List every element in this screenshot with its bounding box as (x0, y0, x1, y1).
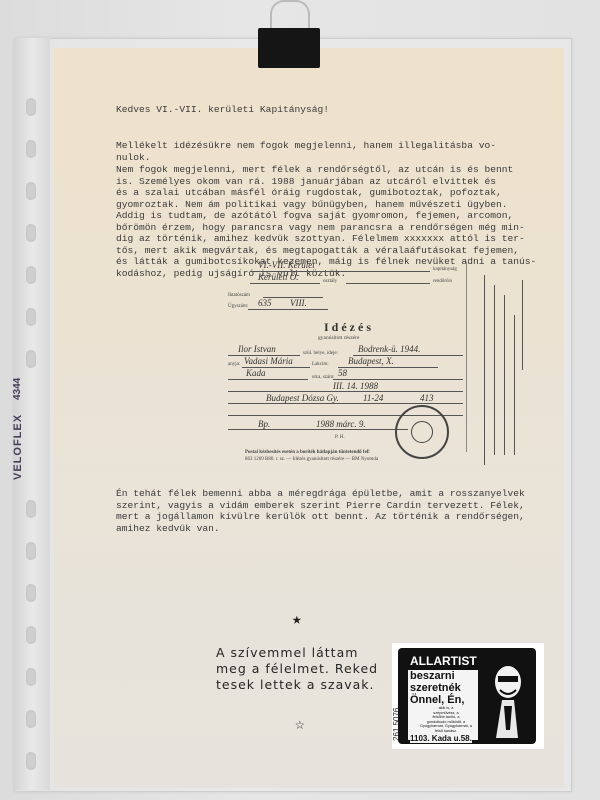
sticker-address: 1103. Kada u.58. (410, 734, 472, 743)
date-field: III. 14. 1988 (333, 381, 378, 391)
allartist-sticker: ALLARTIST beszarni szeretnék Önnel, Én, … (392, 643, 544, 749)
binder-clip (258, 28, 320, 68)
mother-field: Vadasi Mária (244, 356, 293, 366)
sleeve-brand: VELOFLEX (12, 414, 24, 480)
sticker-small-text: akik is, a szépművész, a felsőbb tanító,… (420, 706, 472, 734)
street-field: Kada (246, 368, 266, 378)
label-kapitanysag: kapitányság (433, 267, 457, 272)
house-number: 58 (338, 368, 347, 378)
birth-field: Bodrenk-ü. 1944. (358, 344, 420, 354)
room-field: 413 (420, 393, 434, 403)
filled-star-icon: ★ (292, 612, 302, 628)
letter-paragraph-3: Én tehát félek bemenni abba a méregdrága… (116, 488, 525, 534)
form-header-handwritten-2: Kerületi Ő. (258, 272, 299, 282)
perforation-line (466, 262, 467, 452)
punch-hole (26, 98, 36, 116)
poem-text: A szívemmel láttam meg a félelmet. Reked… (216, 645, 378, 693)
punch-hole (26, 542, 36, 560)
form-subtitle: gyanúsított részére (318, 335, 359, 341)
official-stamp (395, 405, 449, 459)
punch-hole (26, 710, 36, 728)
ugyszam-value: 635 (258, 298, 272, 308)
punch-hole (26, 584, 36, 602)
punch-hole (26, 182, 36, 200)
punch-hole (26, 350, 36, 368)
form-side-strip (478, 275, 528, 465)
punch-hole (26, 266, 36, 284)
form-footer-2: 863 1269 B80. r. sz. — Idézés gyanúsítot… (245, 457, 378, 462)
form-header-handwritten-1: VI.-VII. Kerület (258, 260, 315, 270)
sticker-headline: beszarni szeretnék Önnel, Én, (410, 670, 464, 706)
label-rendorors: rendőrőrs (433, 279, 452, 284)
portrait-illustration-icon (484, 660, 532, 740)
punch-hole (26, 140, 36, 158)
form-footer-1: Postai kézbesítés esetén a boríték hátla… (245, 450, 370, 455)
outline-star-icon: ☆ (295, 717, 305, 733)
label-osztaly: osztály (323, 279, 337, 284)
punch-hole (26, 224, 36, 242)
city-label: Lakcím: (312, 362, 329, 367)
punch-hole (26, 500, 36, 518)
letter-paragraph-1: Mellékelt idézésükre nem fogok megjelenn… (116, 140, 496, 163)
sleeve-code: 4344 (12, 378, 23, 400)
birth-label: szül. helye, ideje: (303, 351, 338, 356)
signature-place: Bp. (258, 419, 270, 429)
punch-hole (26, 626, 36, 644)
punch-hole (26, 752, 36, 770)
city-field: Budapest, X. (348, 356, 394, 366)
label-iktatoszam: Iktatószám (228, 293, 250, 298)
punch-hole (26, 308, 36, 326)
sticker-phone: 261 5076 (392, 708, 401, 741)
ph-label: P. H. (335, 435, 345, 440)
office-field: Budapest Dózsa Gy. (266, 393, 339, 403)
form-title: Idézés (324, 320, 374, 335)
street-label: utca, szám: (312, 375, 335, 380)
letter-salutation: Kedves VI.-VII. kerületi Kapitányság! (116, 104, 329, 116)
ugyszam-suffix: VIII. (290, 298, 307, 308)
name-field: Ilor Istvan (238, 344, 276, 354)
time-field: 11-24 (363, 393, 383, 403)
mother-label: anyja: (228, 362, 240, 367)
signature-date: 1988 márc. 9. (316, 419, 366, 429)
sticker-brand: ALLARTIST (410, 654, 477, 668)
label-ugyszam: Ügyszám: (228, 304, 248, 309)
punch-hole (26, 668, 36, 686)
sticker-black-box: ALLARTIST beszarni szeretnék Önnel, Én, … (398, 648, 536, 744)
